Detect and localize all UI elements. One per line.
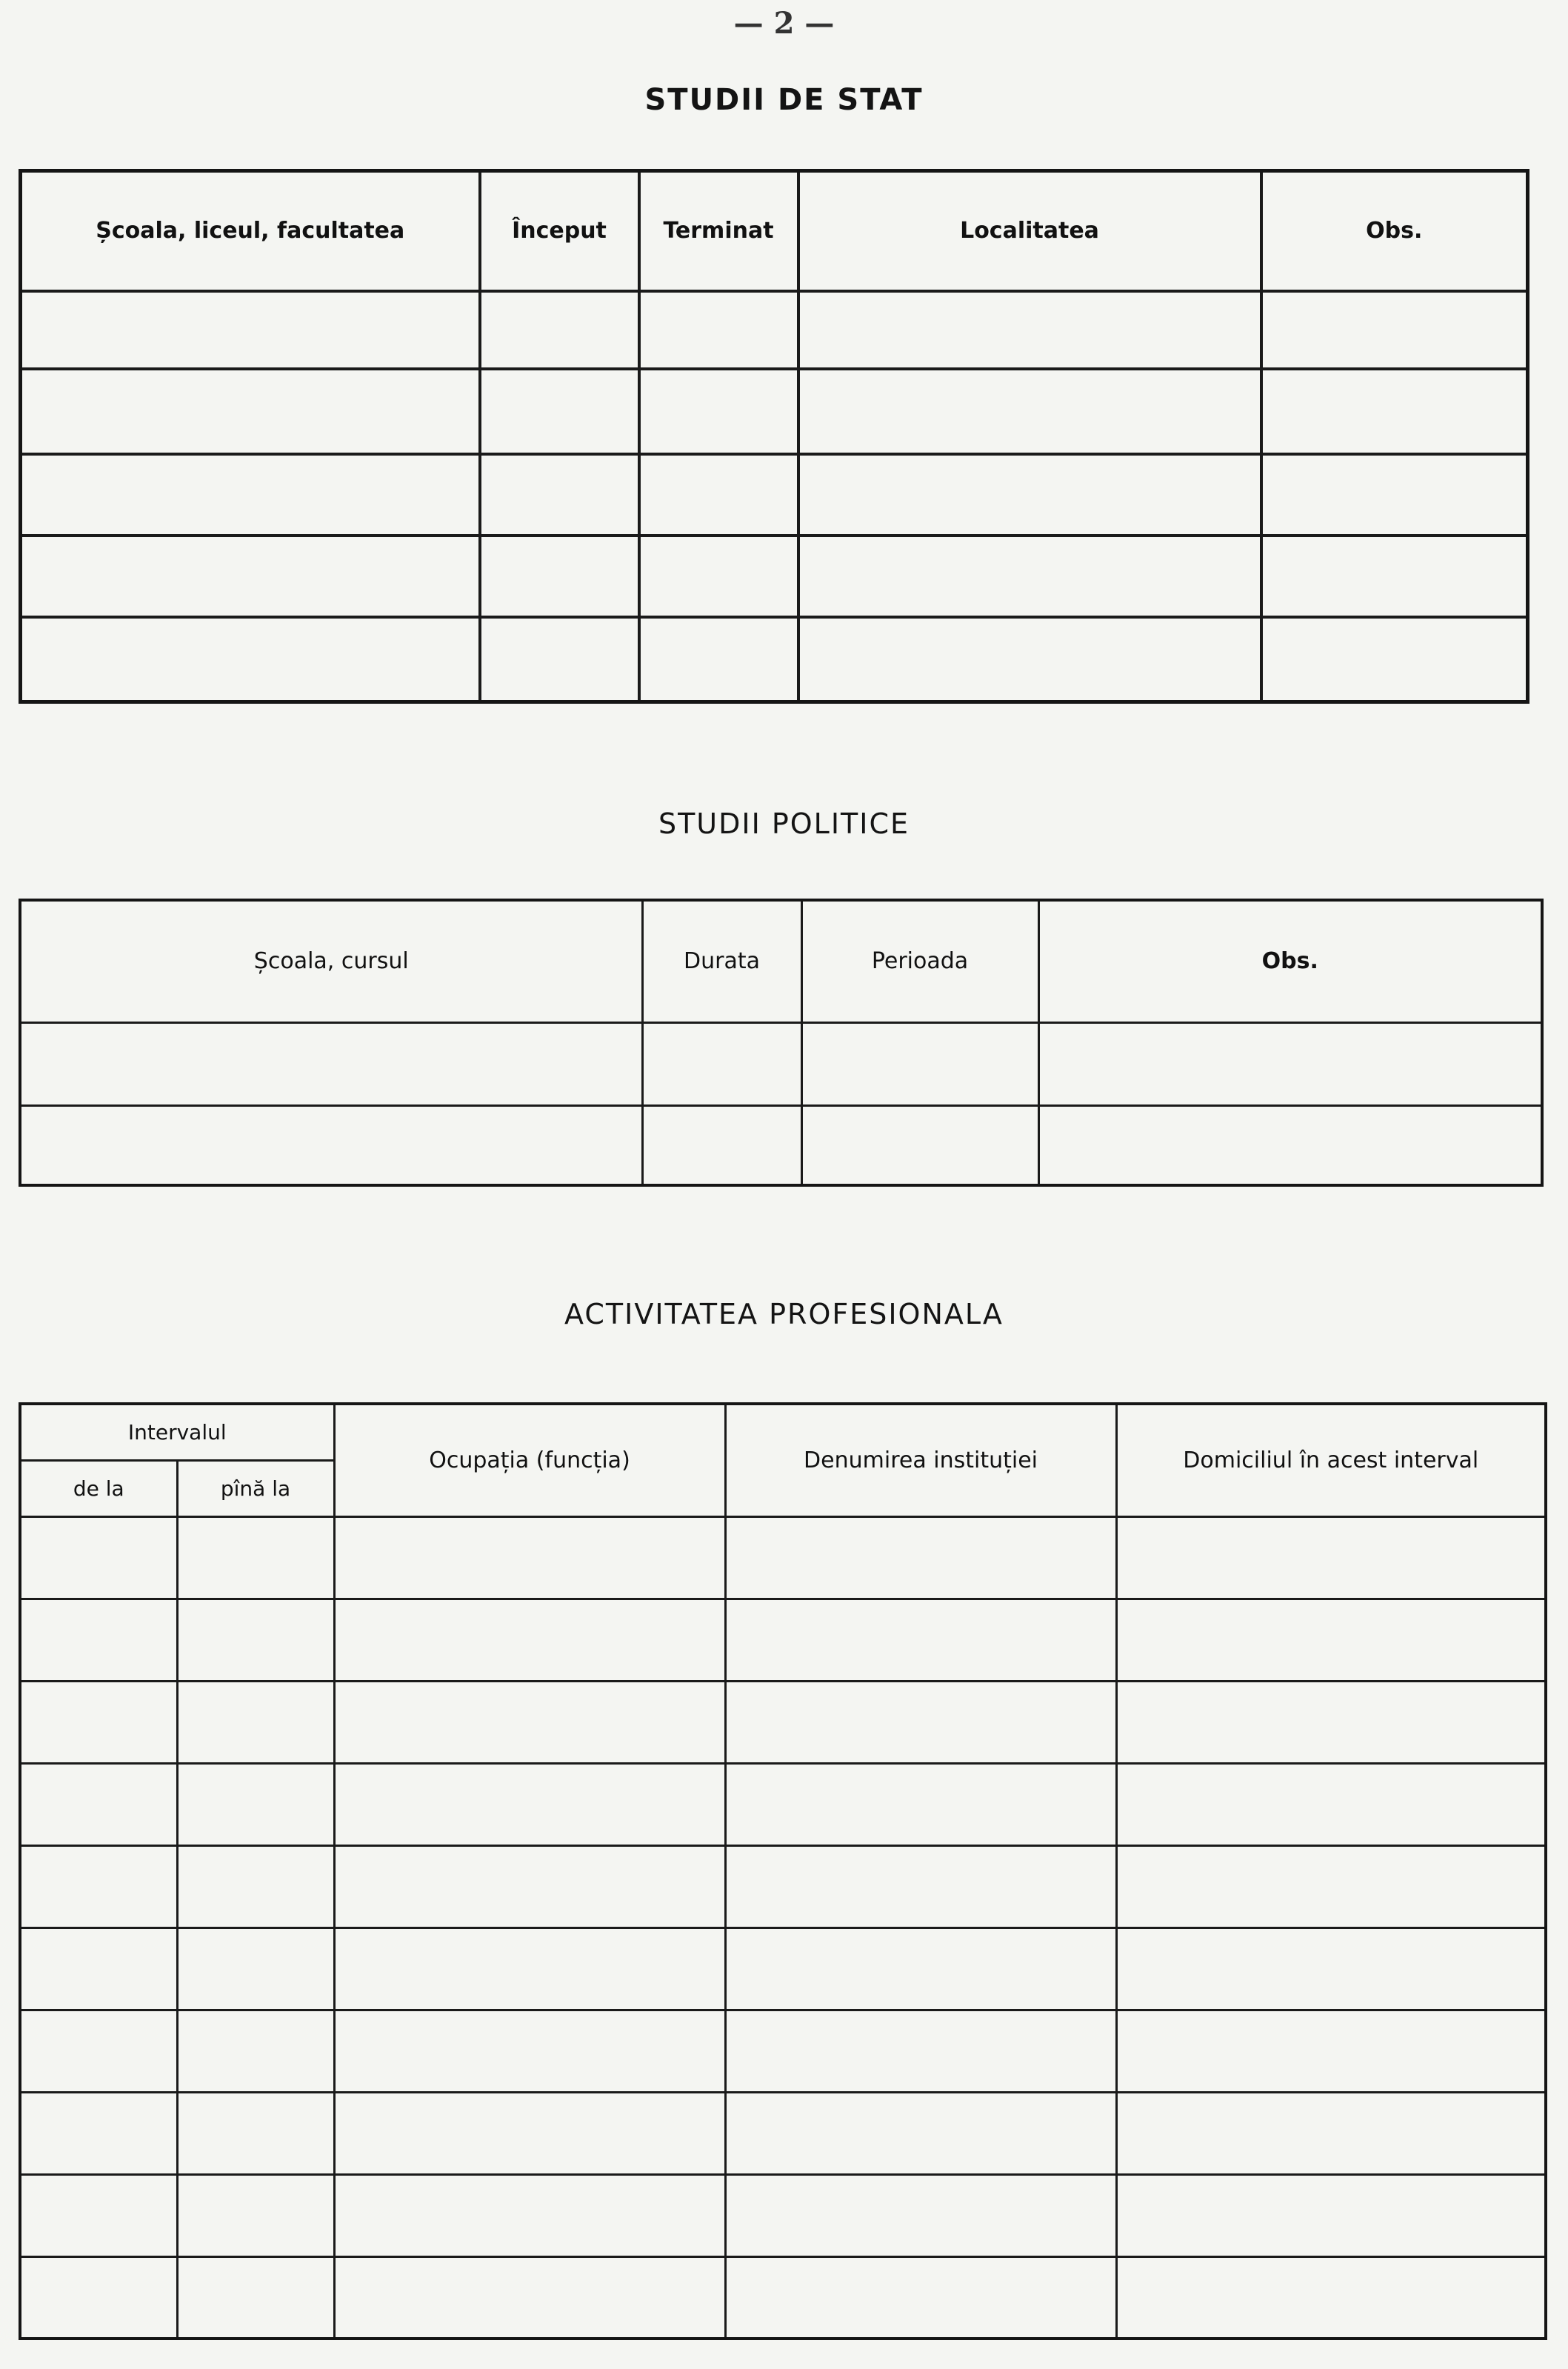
cell-institutia[interactable] <box>725 1681 1116 1763</box>
col-header-ocupatia: Ocupația (funcția) <box>334 1404 725 1516</box>
table-row <box>20 1927 1546 2010</box>
cell-pina-la[interactable] <box>177 2010 334 2092</box>
table-row <box>20 1763 1546 1845</box>
cell-inceput[interactable] <box>480 536 639 617</box>
cell-localitatea[interactable] <box>798 617 1261 702</box>
col-header-de-la: de la <box>20 1460 177 1516</box>
cell-de-la[interactable] <box>20 2174 177 2256</box>
table-row <box>20 1516 1546 1599</box>
col-header-scoala: Școala, liceul, facultatea <box>21 171 480 291</box>
cell-durata[interactable] <box>642 1105 801 1185</box>
col-header-terminat: Terminat <box>639 171 798 291</box>
section-title-activitatea-profesionala: ACTIVITATEA PROFESIONALA <box>0 1298 1568 1330</box>
cell-domiciliul[interactable] <box>1116 2010 1546 2092</box>
col-header-pina-la: pînă la <box>177 1460 334 1516</box>
table-row <box>20 1599 1546 1681</box>
cell-ocupatia[interactable] <box>334 2010 725 2092</box>
cell-domiciliul[interactable] <box>1116 1599 1546 1681</box>
cell-inceput[interactable] <box>480 291 639 369</box>
cell-pina-la[interactable] <box>177 1845 334 1927</box>
table-row <box>21 454 1528 536</box>
col-header-obs: Obs. <box>1261 171 1528 291</box>
col-header-scoala-cursul: Școala, cursul <box>20 900 642 1022</box>
col-header-perioada: Perioada <box>801 900 1038 1022</box>
cell-pina-la[interactable] <box>177 1681 334 1763</box>
table-row <box>20 1105 1542 1185</box>
cell-perioada[interactable] <box>801 1105 1038 1185</box>
cell-institutia[interactable] <box>725 2010 1116 2092</box>
cell-terminat[interactable] <box>639 454 798 536</box>
cell-obs[interactable] <box>1261 454 1528 536</box>
cell-domiciliul[interactable] <box>1116 2174 1546 2256</box>
cell-durata[interactable] <box>642 1022 801 1105</box>
cell-domiciliul[interactable] <box>1116 2092 1546 2174</box>
cell-pina-la[interactable] <box>177 1516 334 1599</box>
cell-institutia[interactable] <box>725 2092 1116 2174</box>
cell-institutia[interactable] <box>725 1927 1116 2010</box>
cell-de-la[interactable] <box>20 1927 177 2010</box>
cell-pina-la[interactable] <box>177 1763 334 1845</box>
cell-ocupatia[interactable] <box>334 2092 725 2174</box>
table-header-row: Intervalul Ocupația (funcția) Denumirea … <box>20 1404 1546 1460</box>
cell-ocupatia[interactable] <box>334 1927 725 2010</box>
table-row <box>20 2174 1546 2256</box>
cell-pina-la[interactable] <box>177 1599 334 1681</box>
cell-obs[interactable] <box>1261 617 1528 702</box>
cell-domiciliul[interactable] <box>1116 2256 1546 2339</box>
cell-ocupatia[interactable] <box>334 1845 725 1927</box>
cell-obs[interactable] <box>1038 1105 1542 1185</box>
cell-inceput[interactable] <box>480 617 639 702</box>
cell-de-la[interactable] <box>20 2256 177 2339</box>
cell-inceput[interactable] <box>480 369 639 454</box>
studii-politice-table: Școala, cursul Durata Perioada Obs. <box>19 899 1544 1187</box>
table-row <box>21 291 1528 369</box>
cell-obs[interactable] <box>1261 369 1528 454</box>
cell-obs[interactable] <box>1261 536 1528 617</box>
cell-scoala[interactable] <box>21 536 480 617</box>
col-header-obs: Obs. <box>1038 900 1542 1022</box>
cell-institutia[interactable] <box>725 1763 1116 1845</box>
cell-obs[interactable] <box>1261 291 1528 369</box>
col-header-localitatea: Localitatea <box>798 171 1261 291</box>
cell-ocupatia[interactable] <box>334 2256 725 2339</box>
cell-institutia[interactable] <box>725 1845 1116 1927</box>
cell-terminat[interactable] <box>639 369 798 454</box>
table-row <box>21 617 1528 702</box>
cell-localitatea[interactable] <box>798 536 1261 617</box>
cell-perioada[interactable] <box>801 1022 1038 1105</box>
cell-ocupatia[interactable] <box>334 1516 725 1599</box>
col-header-domiciliul: Domiciliul în acest interval <box>1116 1404 1546 1516</box>
table-row <box>20 1845 1546 1927</box>
table-row <box>21 536 1528 617</box>
cell-terminat[interactable] <box>639 536 798 617</box>
cell-domiciliul[interactable] <box>1116 1845 1546 1927</box>
cell-institutia[interactable] <box>725 1599 1116 1681</box>
cell-institutia[interactable] <box>725 2256 1116 2339</box>
table-row <box>20 2010 1546 2092</box>
table-header-row: Școala, cursul Durata Perioada Obs. <box>20 900 1542 1022</box>
cell-scoala[interactable] <box>21 291 480 369</box>
cell-de-la[interactable] <box>20 1681 177 1763</box>
section-title-studii-politice: STUDII POLITICE <box>0 807 1568 840</box>
col-header-durata: Durata <box>642 900 801 1022</box>
table-header-row: Școala, liceul, facultatea Început Termi… <box>21 171 1528 291</box>
section-title-studii-de-stat: STUDII DE STAT <box>0 83 1568 117</box>
cell-de-la[interactable] <box>20 2092 177 2174</box>
cell-terminat[interactable] <box>639 617 798 702</box>
cell-domiciliul[interactable] <box>1116 1763 1546 1845</box>
table-row <box>20 1022 1542 1105</box>
cell-de-la[interactable] <box>20 2010 177 2092</box>
cell-localitatea[interactable] <box>798 369 1261 454</box>
cell-pina-la[interactable] <box>177 2174 334 2256</box>
cell-domiciliul[interactable] <box>1116 1681 1546 1763</box>
cell-de-la[interactable] <box>20 1516 177 1599</box>
cell-inceput[interactable] <box>480 454 639 536</box>
cell-scoala-cursul[interactable] <box>20 1105 642 1185</box>
table-row <box>20 2256 1546 2339</box>
cell-obs[interactable] <box>1038 1022 1542 1105</box>
cell-ocupatia[interactable] <box>334 1599 725 1681</box>
cell-de-la[interactable] <box>20 1763 177 1845</box>
col-header-denumirea-institutiei: Denumirea instituției <box>725 1404 1116 1516</box>
table-row <box>20 1681 1546 1763</box>
cell-scoala[interactable] <box>21 369 480 454</box>
cell-pina-la[interactable] <box>177 2092 334 2174</box>
cell-ocupatia[interactable] <box>334 1681 725 1763</box>
cell-institutia[interactable] <box>725 2174 1116 2256</box>
cell-scoala[interactable] <box>21 617 480 702</box>
studii-de-stat-table: Școala, liceul, facultatea Început Termi… <box>19 169 1529 704</box>
table-row <box>21 369 1528 454</box>
table-row <box>20 2092 1546 2174</box>
activitatea-profesionala-table: Intervalul Ocupația (funcția) Denumirea … <box>19 1402 1547 2340</box>
cell-ocupatia[interactable] <box>334 2174 725 2256</box>
cell-pina-la[interactable] <box>177 2256 334 2339</box>
cell-institutia[interactable] <box>725 1516 1116 1599</box>
page-number: — 2 — <box>0 6 1568 41</box>
cell-localitatea[interactable] <box>798 454 1261 536</box>
col-header-intervalul: Intervalul <box>20 1404 334 1460</box>
cell-domiciliul[interactable] <box>1116 1516 1546 1599</box>
col-header-inceput: Început <box>480 171 639 291</box>
cell-de-la[interactable] <box>20 1599 177 1681</box>
cell-localitatea[interactable] <box>798 291 1261 369</box>
cell-terminat[interactable] <box>639 291 798 369</box>
cell-ocupatia[interactable] <box>334 1763 725 1845</box>
cell-scoala[interactable] <box>21 454 480 536</box>
cell-de-la[interactable] <box>20 1845 177 1927</box>
cell-domiciliul[interactable] <box>1116 1927 1546 2010</box>
cell-pina-la[interactable] <box>177 1927 334 2010</box>
cell-scoala-cursul[interactable] <box>20 1022 642 1105</box>
